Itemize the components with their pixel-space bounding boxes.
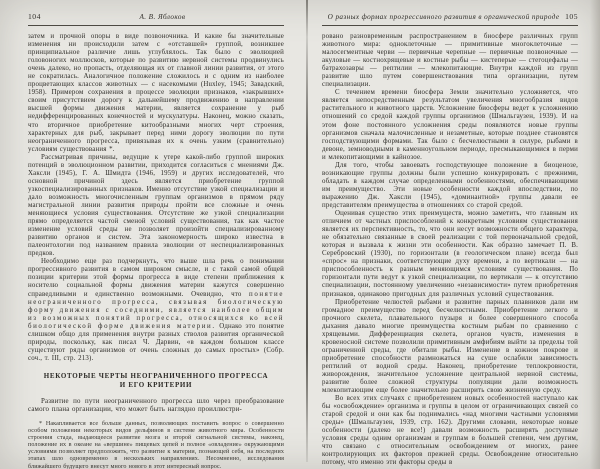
paragraph: Приобретение челюстей рыбами и развитие … bbox=[322, 299, 578, 396]
right-running-head: О разных формах прогрессивного развития … bbox=[322, 13, 565, 21]
paragraph-text: Необходимо еще раз подчеркнуть, что выше… bbox=[28, 258, 284, 297]
section-heading: НЕКОТОРЫЕ ЧЕРТЫ НЕОГРАНИЧЕННОГО ПРОГРЕСС… bbox=[28, 372, 284, 391]
paragraph: Необходимо еще раз подчеркнуть, что выше… bbox=[28, 258, 284, 363]
right-page-header: О разных формах прогрессивного развития … bbox=[322, 12, 578, 26]
section-heading-line2: И ЕГО КРИТЕРИИ bbox=[28, 381, 284, 391]
right-page: О разных формах прогрессивного развития … bbox=[308, 0, 600, 469]
paragraph: Для того, чтобы завоевать господствующее… bbox=[322, 162, 578, 210]
left-page-header: 104 А. В. Яблоков bbox=[28, 12, 284, 26]
paragraph: Оценивая существо этих преимуществ, можн… bbox=[322, 210, 578, 299]
book-spread: 104 А. В. Яблоков затем и прочной опоры … bbox=[0, 0, 600, 469]
paragraph: Развитие по пути неограниченного прогрес… bbox=[28, 398, 284, 414]
paragraph: С течением времени биосфера Земли значит… bbox=[322, 89, 578, 161]
footnote: * Накапливается все больше данных, позво… bbox=[28, 421, 284, 469]
paragraph: ровано разновременным распространением в… bbox=[322, 33, 578, 89]
right-page-number: 105 bbox=[565, 12, 578, 21]
left-page-number: 104 bbox=[28, 12, 41, 21]
paragraph: Рассматривая причины, ведущие к утере ка… bbox=[28, 154, 284, 259]
left-page: 104 А. В. Яблоков затем и прочной опоры … bbox=[0, 0, 306, 469]
left-running-head: А. В. Яблоков bbox=[41, 13, 284, 21]
paragraph: затем и прочной опоры в виде позвоночник… bbox=[28, 33, 284, 154]
paragraph: Во всех этих случаях с приобретением нов… bbox=[322, 395, 578, 467]
section-heading-line1: НЕКОТОРЫЕ ЧЕРТЫ НЕОГРАНИЧЕННОГО ПРОГРЕСС… bbox=[28, 372, 284, 382]
